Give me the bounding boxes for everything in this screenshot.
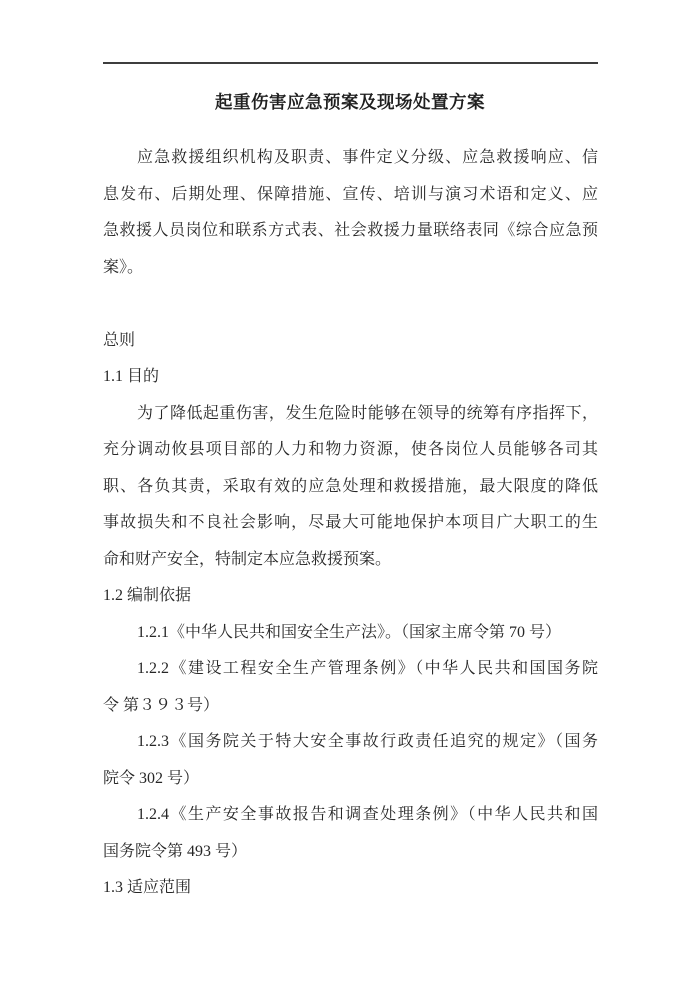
heading-1-1-purpose: 1.1 目的: [103, 359, 598, 396]
body-line: 1.2.1《中华人民共和国安全生产法》。（国家主席令第 70 号）: [103, 615, 598, 652]
blank-line: [103, 286, 598, 323]
body-line: 案》。: [103, 250, 598, 287]
body-line: 国务院令第 493 号）: [103, 834, 598, 871]
body-line: 命和财产安全，特制定本应急救援预案。: [103, 542, 598, 579]
body-line: 职、各负其责，采取有效的应急处理和救援措施，最大限度的降低: [103, 469, 598, 506]
heading-1-3-scope: 1.3 适应范围: [103, 870, 598, 907]
body-line: 事故损失和不良社会影响，尽最大可能地保护本项目广大职工的生: [103, 505, 598, 542]
document-page: 起重伤害应急预案及现场处置方案 应急救援组织机构及职责、事件定义分级、应急救援响…: [0, 0, 700, 990]
body-line: 应急救援组织机构及职责、事件定义分级、应急救援响应、信: [103, 140, 598, 177]
document-body: 应急救援组织机构及职责、事件定义分级、应急救援响应、信 息发布、后期处理、保障措…: [103, 140, 598, 907]
heading-general-rules: 总则: [103, 323, 598, 360]
header-rule: [103, 62, 598, 64]
body-line: 1.2.2《建设工程安全生产管理条例》（中华人民共和国国务院: [103, 651, 598, 688]
body-line: 急救援人员岗位和联系方式表、社会救援力量联络表同《综合应急预: [103, 213, 598, 250]
body-line: 充分调动攸县项目部的人力和物力资源，使各岗位人员能够各司其: [103, 432, 598, 469]
body-line: 息发布、后期处理、保障措施、宣传、培训与演习术语和定义、应: [103, 177, 598, 214]
document-title: 起重伤害应急预案及现场处置方案: [0, 87, 700, 117]
heading-1-2-basis: 1.2 编制依据: [103, 578, 598, 615]
body-line: 1.2.3《国务院关于特大安全事故行政责任追究的规定》（国务: [103, 724, 598, 761]
body-line: 为了降低起重伤害，发生危险时能够在领导的统筹有序指挥下，: [103, 396, 598, 433]
body-line: 令 第３９３号）: [103, 688, 598, 725]
body-line: 院令 302 号）: [103, 761, 598, 798]
body-line: 1.2.4《生产安全事故报告和调查处理条例》（中华人民共和国: [103, 797, 598, 834]
